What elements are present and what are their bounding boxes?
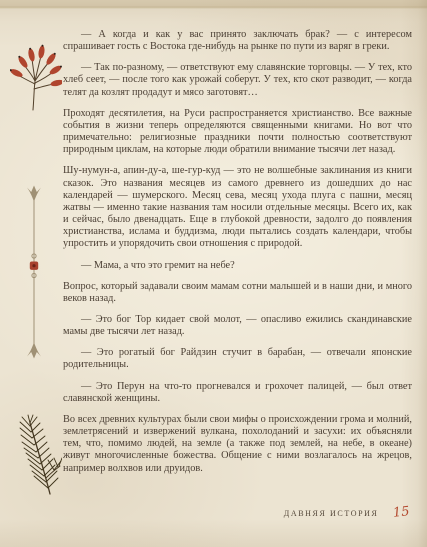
page-footer: ДАВНЯЯ ИСТОРИЯ 15 <box>63 505 410 520</box>
page-number: 15 <box>393 504 411 521</box>
body-text: — А когда и как у вас принято заключать … <box>63 29 412 484</box>
footer-section-title: ДАВНЯЯ ИСТОРИЯ <box>284 509 379 518</box>
paragraph: — Так по-разному, — ответствуют ему слав… <box>63 62 412 98</box>
paragraph: Во всех древних культурах были свои мифы… <box>63 414 412 475</box>
paragraph: — Это бог Тор кидает свой молот, — опасл… <box>63 314 412 338</box>
paragraph: — Это Перун на что-то прогневался и грох… <box>63 381 412 405</box>
book-page: — А когда и как у вас принято заключать … <box>0 0 427 547</box>
paragraph: — Это рогатый бог Райдзин стучит в бараб… <box>63 347 412 371</box>
arrow-ornament-illustration <box>25 184 43 360</box>
paragraph: — А когда и как у вас принято заключать … <box>63 29 412 53</box>
paragraph: Проходят десятилетия, на Руси распростра… <box>63 108 412 157</box>
paragraph: — Мама, а что это гремит на небе? <box>63 260 412 272</box>
barberry-branch-illustration <box>10 37 62 111</box>
paragraph: Шу-нумун-а, апин-ду-а, ше-гур-куд — это … <box>63 165 412 250</box>
pine-branch-illustration <box>6 414 62 498</box>
paragraph: Вопрос, который задавали своим мамам сот… <box>63 281 412 305</box>
